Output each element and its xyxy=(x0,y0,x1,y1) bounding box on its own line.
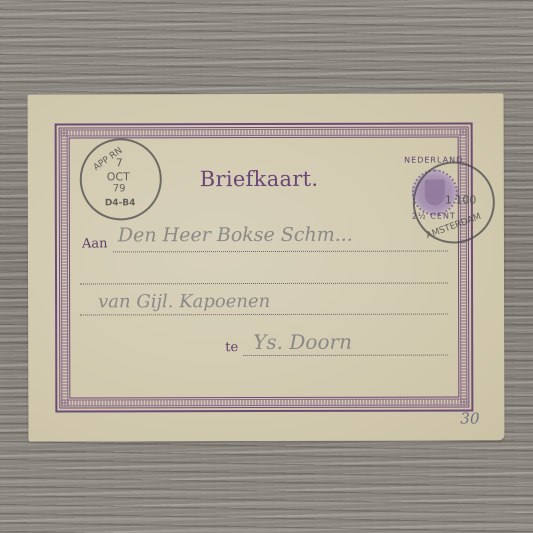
handwriting-line-2: van Gijl. Kapoenen xyxy=(98,291,270,312)
city-label: te xyxy=(225,340,238,355)
pencil-note: 30 xyxy=(460,409,479,427)
postmark-right: 1 100 AMSTERDAM xyxy=(413,161,495,243)
card-title: Briefkaart. xyxy=(200,167,319,191)
postmark-left: APP RN 7 OCT 79 D4-B4 xyxy=(80,138,162,220)
postcard: Briefkaart. APP RN 7 OCT 79 D4-B4 NEDERL… xyxy=(28,93,505,441)
handwriting-city: Ys. Doorn xyxy=(253,330,352,354)
handwriting-line-1: Den Heer Bokse Schm... xyxy=(118,224,353,247)
address-label: Aan xyxy=(82,236,108,251)
